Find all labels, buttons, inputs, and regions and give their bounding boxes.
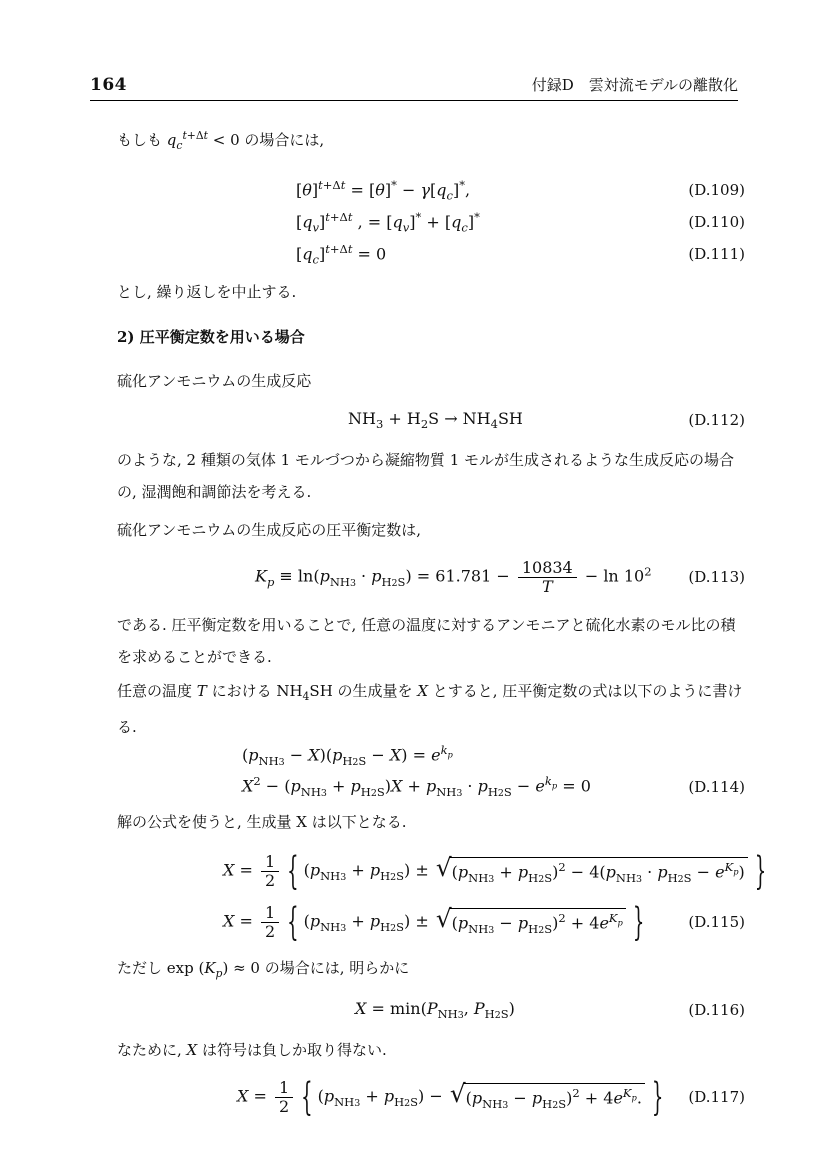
equation-number-d117: (D.117) [688,1088,745,1106]
equation-row: X = 12{(pNH3 + pH2S) ± √(pNH3 + pH2S)2 −… [117,848,745,894]
paragraph: のような, 2 種類の気体 1 モルづつから凝縮物質 1 モルが生成されるような… [117,444,745,508]
page-number: 164 [90,75,127,95]
section-heading: 2) 圧平衡定数を用いる場合 [117,321,745,353]
equation-row: [qv]t+Δt , = [qv]* + [qc]* (D.110) [117,206,745,238]
equation-number-d116: (D.116) [688,1001,745,1019]
paragraph: 解の公式を使うと, 生成量 X は以下となる. [117,806,745,838]
equation-d114-line1: (pNH3 − X)(pH2S − X) = ekp [242,743,453,768]
paragraph-intro: もしも qct+Δt < 0 の場合には, [117,120,745,162]
equation-d117: X = 12{(pNH3 + pH2S) − √(pNH3 − pH2S)2 +… [237,1079,668,1115]
equation-row: [θ]t+Δt = [θ]* − γ[qc]*, (D.109) [117,174,745,206]
paragraph: である. 圧平衡定数を用いることで, 任意の温度に対するアンモニアと硫化水素のモ… [117,609,745,673]
equation-number-d109: (D.109) [688,181,745,199]
equation-row: Kp ≡ ln(pNH3 · pH2S) = 61.781 − 10834T −… [117,554,745,600]
equation-group-116: X = min(PNH3, PH2S) (D.116) [117,994,745,1026]
equation-d109: [θ]t+Δt = [θ]* − γ[qc]*, [296,178,470,203]
equation-d113: Kp ≡ ln(pNH3 · pH2S) = 61.781 − 10834T −… [255,559,652,595]
equation-group-114: (pNH3 − X)(pH2S − X) = ekp X2 − (pNH3 + … [117,740,745,802]
equation-d115-line1: X = 12{(pNH3 + pH2S) ± √(pNH3 + pH2S)2 −… [223,853,771,889]
equation-row: [qc]t+Δt = 0 (D.111) [117,238,745,270]
paragraph: 硫化アンモニウムの生成反応 [117,365,745,397]
equation-group-117: X = 12{(pNH3 + pH2S) − √(pNH3 − pH2S)2 +… [117,1074,745,1120]
page-header: 164 付録D 雲対流モデルの離散化 [90,74,738,101]
equation-group-109-111: [θ]t+Δt = [θ]* − γ[qc]*, (D.109) [qv]t+Δ… [117,174,745,270]
paragraph: とし, 繰り返しを中止する. [117,276,745,308]
paragraph: 硫化アンモニウムの生成反応の圧平衡定数は, [117,514,745,546]
equation-row: NH3 + H2S → NH4SH (D.112) [117,404,745,436]
equation-number-d110: (D.110) [688,213,745,231]
equation-row: X = 12{(pNH3 + pH2S) ± √(pNH3 − pH2S)2 +… [117,899,745,945]
equation-number-d112: (D.112) [688,411,745,429]
equation-row: (pNH3 − X)(pH2S − X) = ekp [117,740,745,771]
equation-d111: [qc]t+Δt = 0 [296,242,386,267]
paragraph: なために, X は符号は負しか取り得ない. [117,1034,745,1066]
equation-d116: X = min(PNH3, PH2S) [355,999,515,1021]
equation-row: X2 − (pNH3 + pH2S)X + pNH3 · pH2S − ekp … [117,771,745,802]
equation-number-d113: (D.113) [688,568,745,586]
equation-group-113: Kp ≡ ln(pNH3 · pH2S) = 61.781 − 10834T −… [117,554,745,600]
equation-number-d114: (D.114) [688,778,745,796]
equation-row: X = 12{(pNH3 + pH2S) − √(pNH3 − pH2S)2 +… [117,1074,745,1120]
equation-group-112: NH3 + H2S → NH4SH (D.112) [117,404,745,436]
equation-d115-line2: X = 12{(pNH3 + pH2S) ± √(pNH3 − pH2S)2 +… [223,904,649,940]
paragraph: ただし exp (Kp) ≈ 0 の場合には, 明らかに [117,952,745,990]
running-head: 付録D 雲対流モデルの離散化 [532,74,738,95]
equation-d112: NH3 + H2S → NH4SH [348,409,523,431]
page-body: もしも qct+Δt < 0 の場合には, [θ]t+Δt = [θ]* − γ… [117,110,745,1120]
equation-number-d111: (D.111) [688,245,745,263]
equation-group-115: X = 12{(pNH3 + pH2S) ± √(pNH3 + pH2S)2 −… [117,848,745,945]
equation-number-d115: (D.115) [688,913,745,931]
paragraph: 任意の温度 T における NH4SH の生成量を X とすると, 圧平衡定数の式… [117,676,745,742]
equation-d114-line2: X2 − (pNH3 + pH2S)X + pNH3 · pH2S − ekp … [242,774,591,799]
equation-d110: [qv]t+Δt , = [qv]* + [qc]* [296,210,480,235]
equation-row: X = min(PNH3, PH2S) (D.116) [117,994,745,1026]
